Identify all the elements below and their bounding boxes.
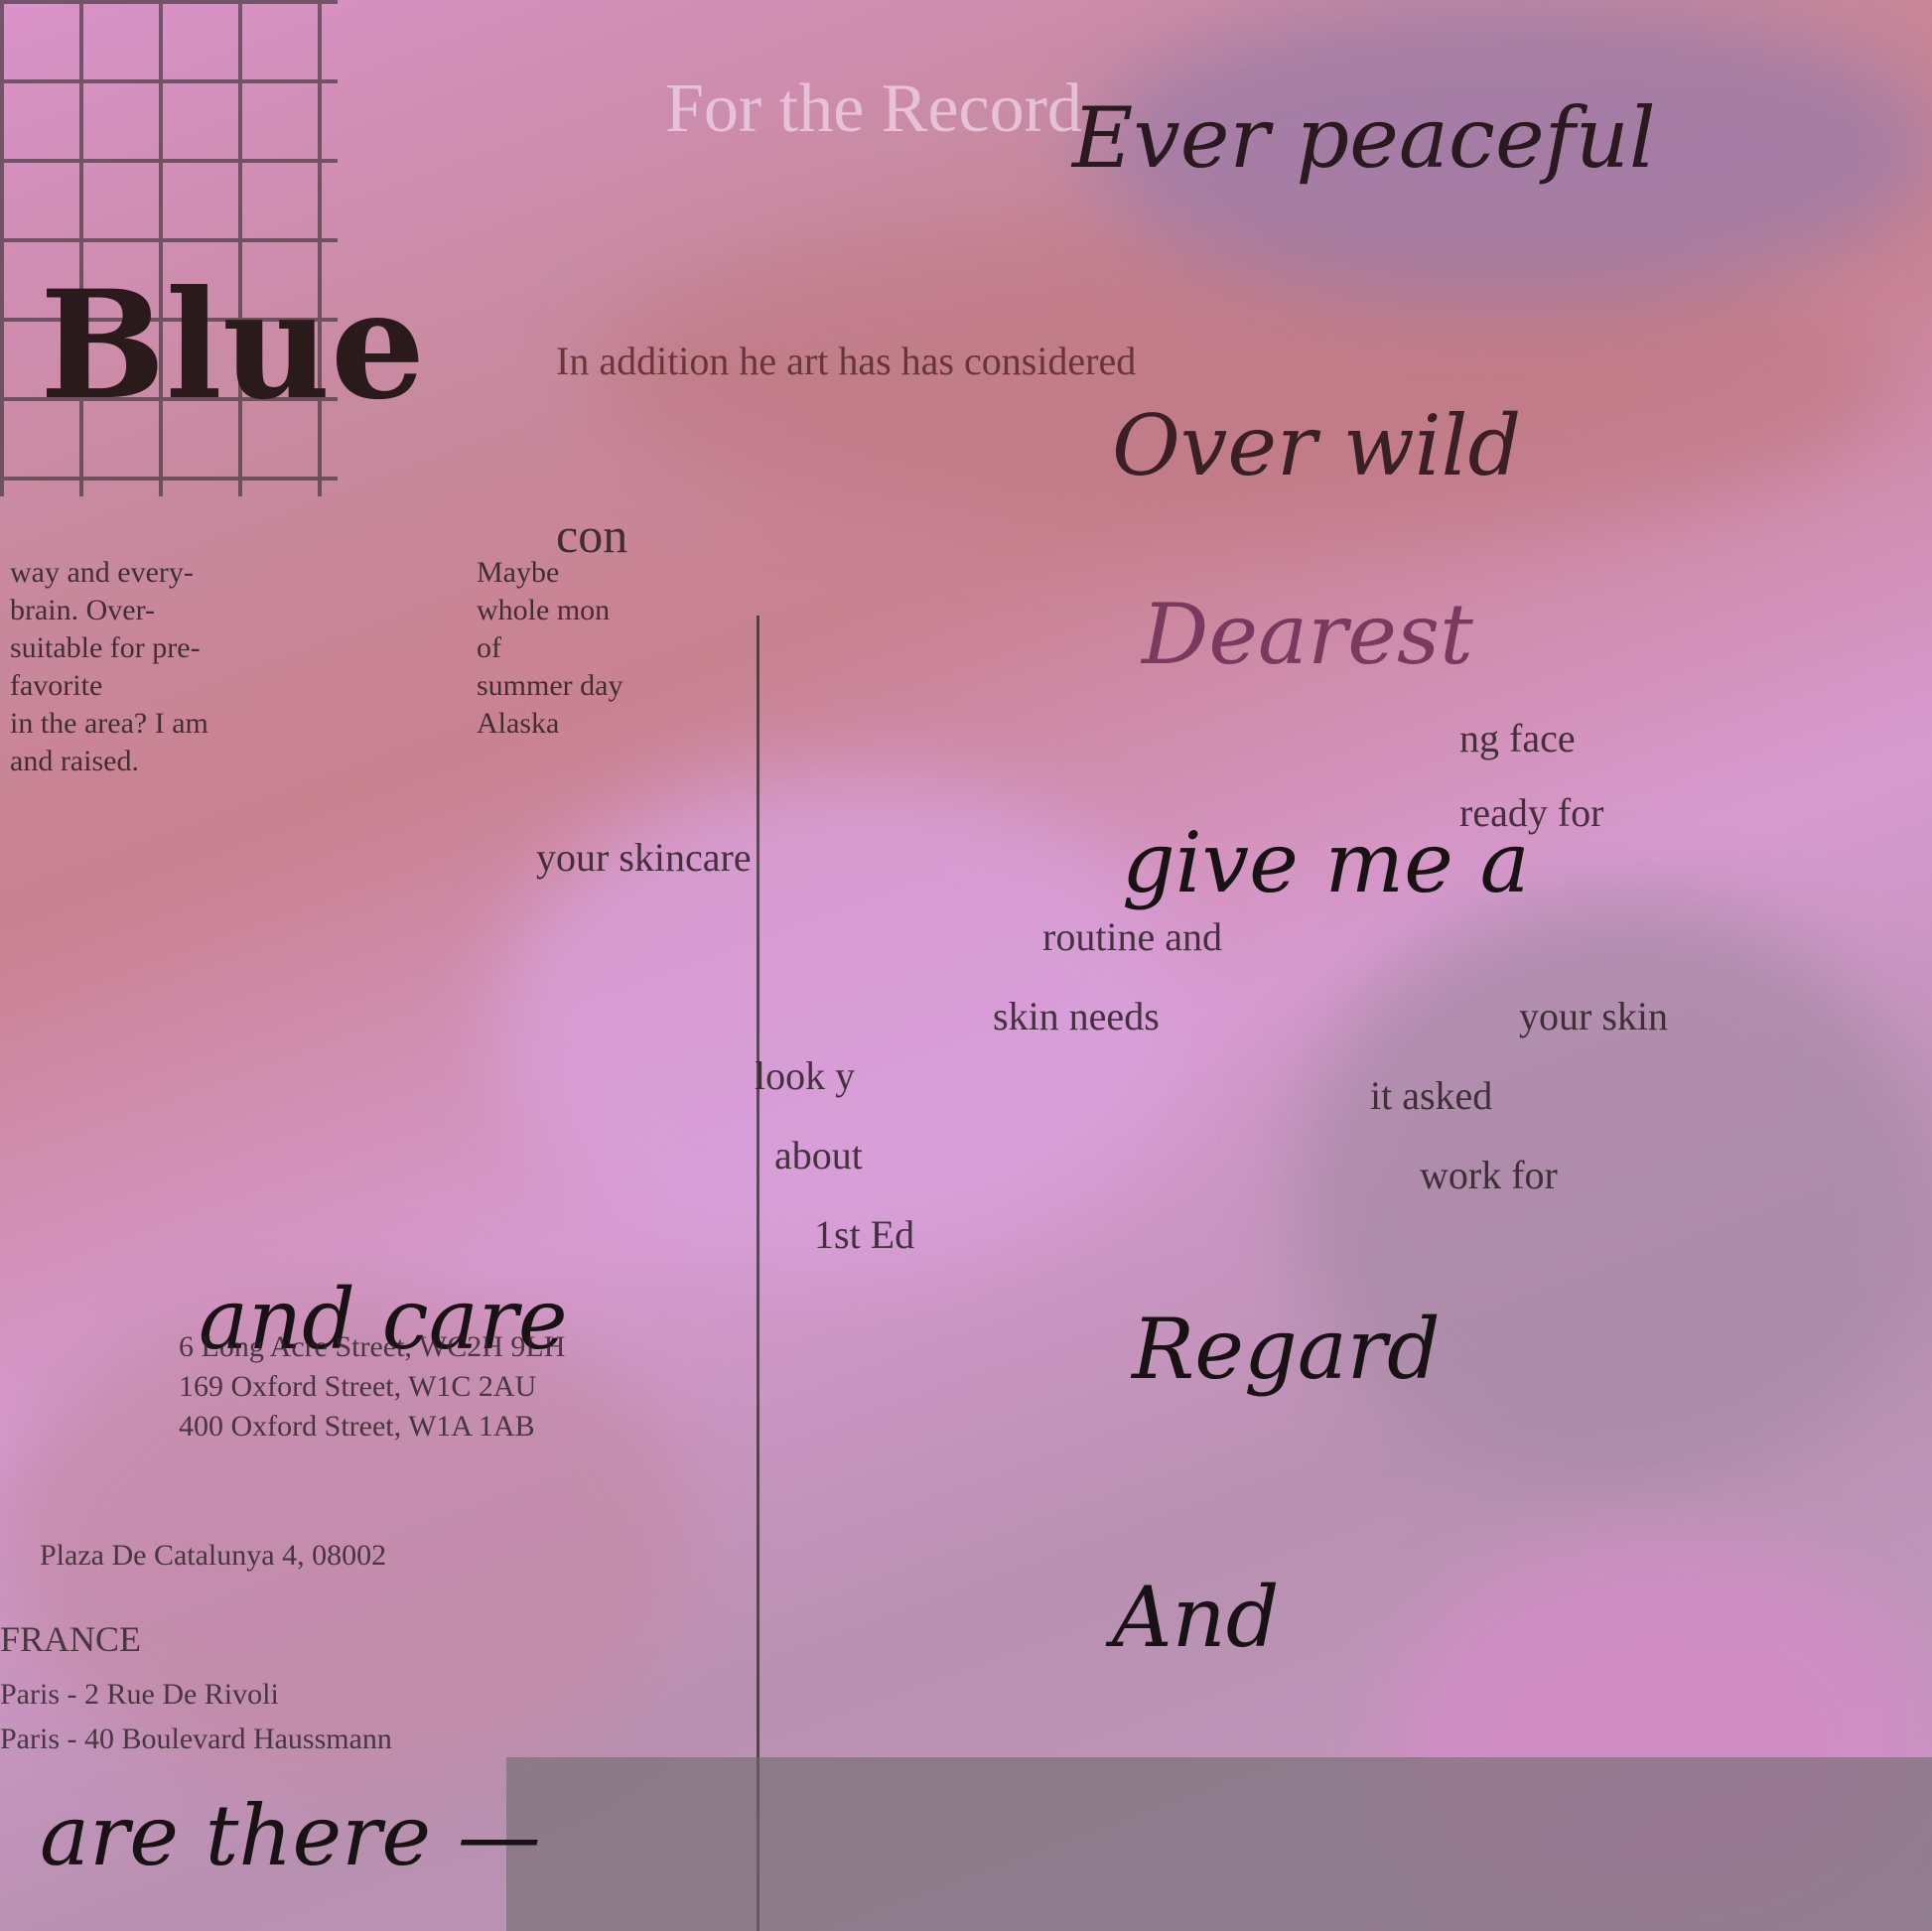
- news-routine: routine and: [1042, 913, 1222, 960]
- script-dearest: Dearest: [1142, 586, 1473, 683]
- script-over: Over wild: [1112, 397, 1521, 494]
- news-skin-needs: skin needs: [993, 993, 1160, 1039]
- script-regard: Regard: [1132, 1301, 1441, 1398]
- pale-header: For the Record: [665, 69, 1082, 149]
- script-and: And: [1112, 1569, 1280, 1666]
- news-your-skin: your skin: [1519, 993, 1668, 1039]
- news-work-for: work for: [1420, 1152, 1558, 1198]
- news-asked: it asked: [1370, 1072, 1492, 1119]
- news-skincare: your skincare: [536, 834, 752, 881]
- gray-band: [506, 1757, 1932, 1931]
- news-text-1: In addition he art has has considered: [556, 338, 1136, 384]
- news-text-2: con: [556, 506, 627, 564]
- script-bottom: are there —: [40, 1787, 541, 1884]
- script-give: give me a: [1122, 814, 1530, 911]
- news-about: about: [774, 1132, 863, 1178]
- news-look: look y: [755, 1052, 855, 1099]
- gothic-word: Blue: [40, 258, 425, 433]
- news-first: 1st Ed: [814, 1211, 914, 1258]
- column-divider: [757, 616, 759, 1931]
- script-top: Ever peaceful: [1072, 89, 1656, 187]
